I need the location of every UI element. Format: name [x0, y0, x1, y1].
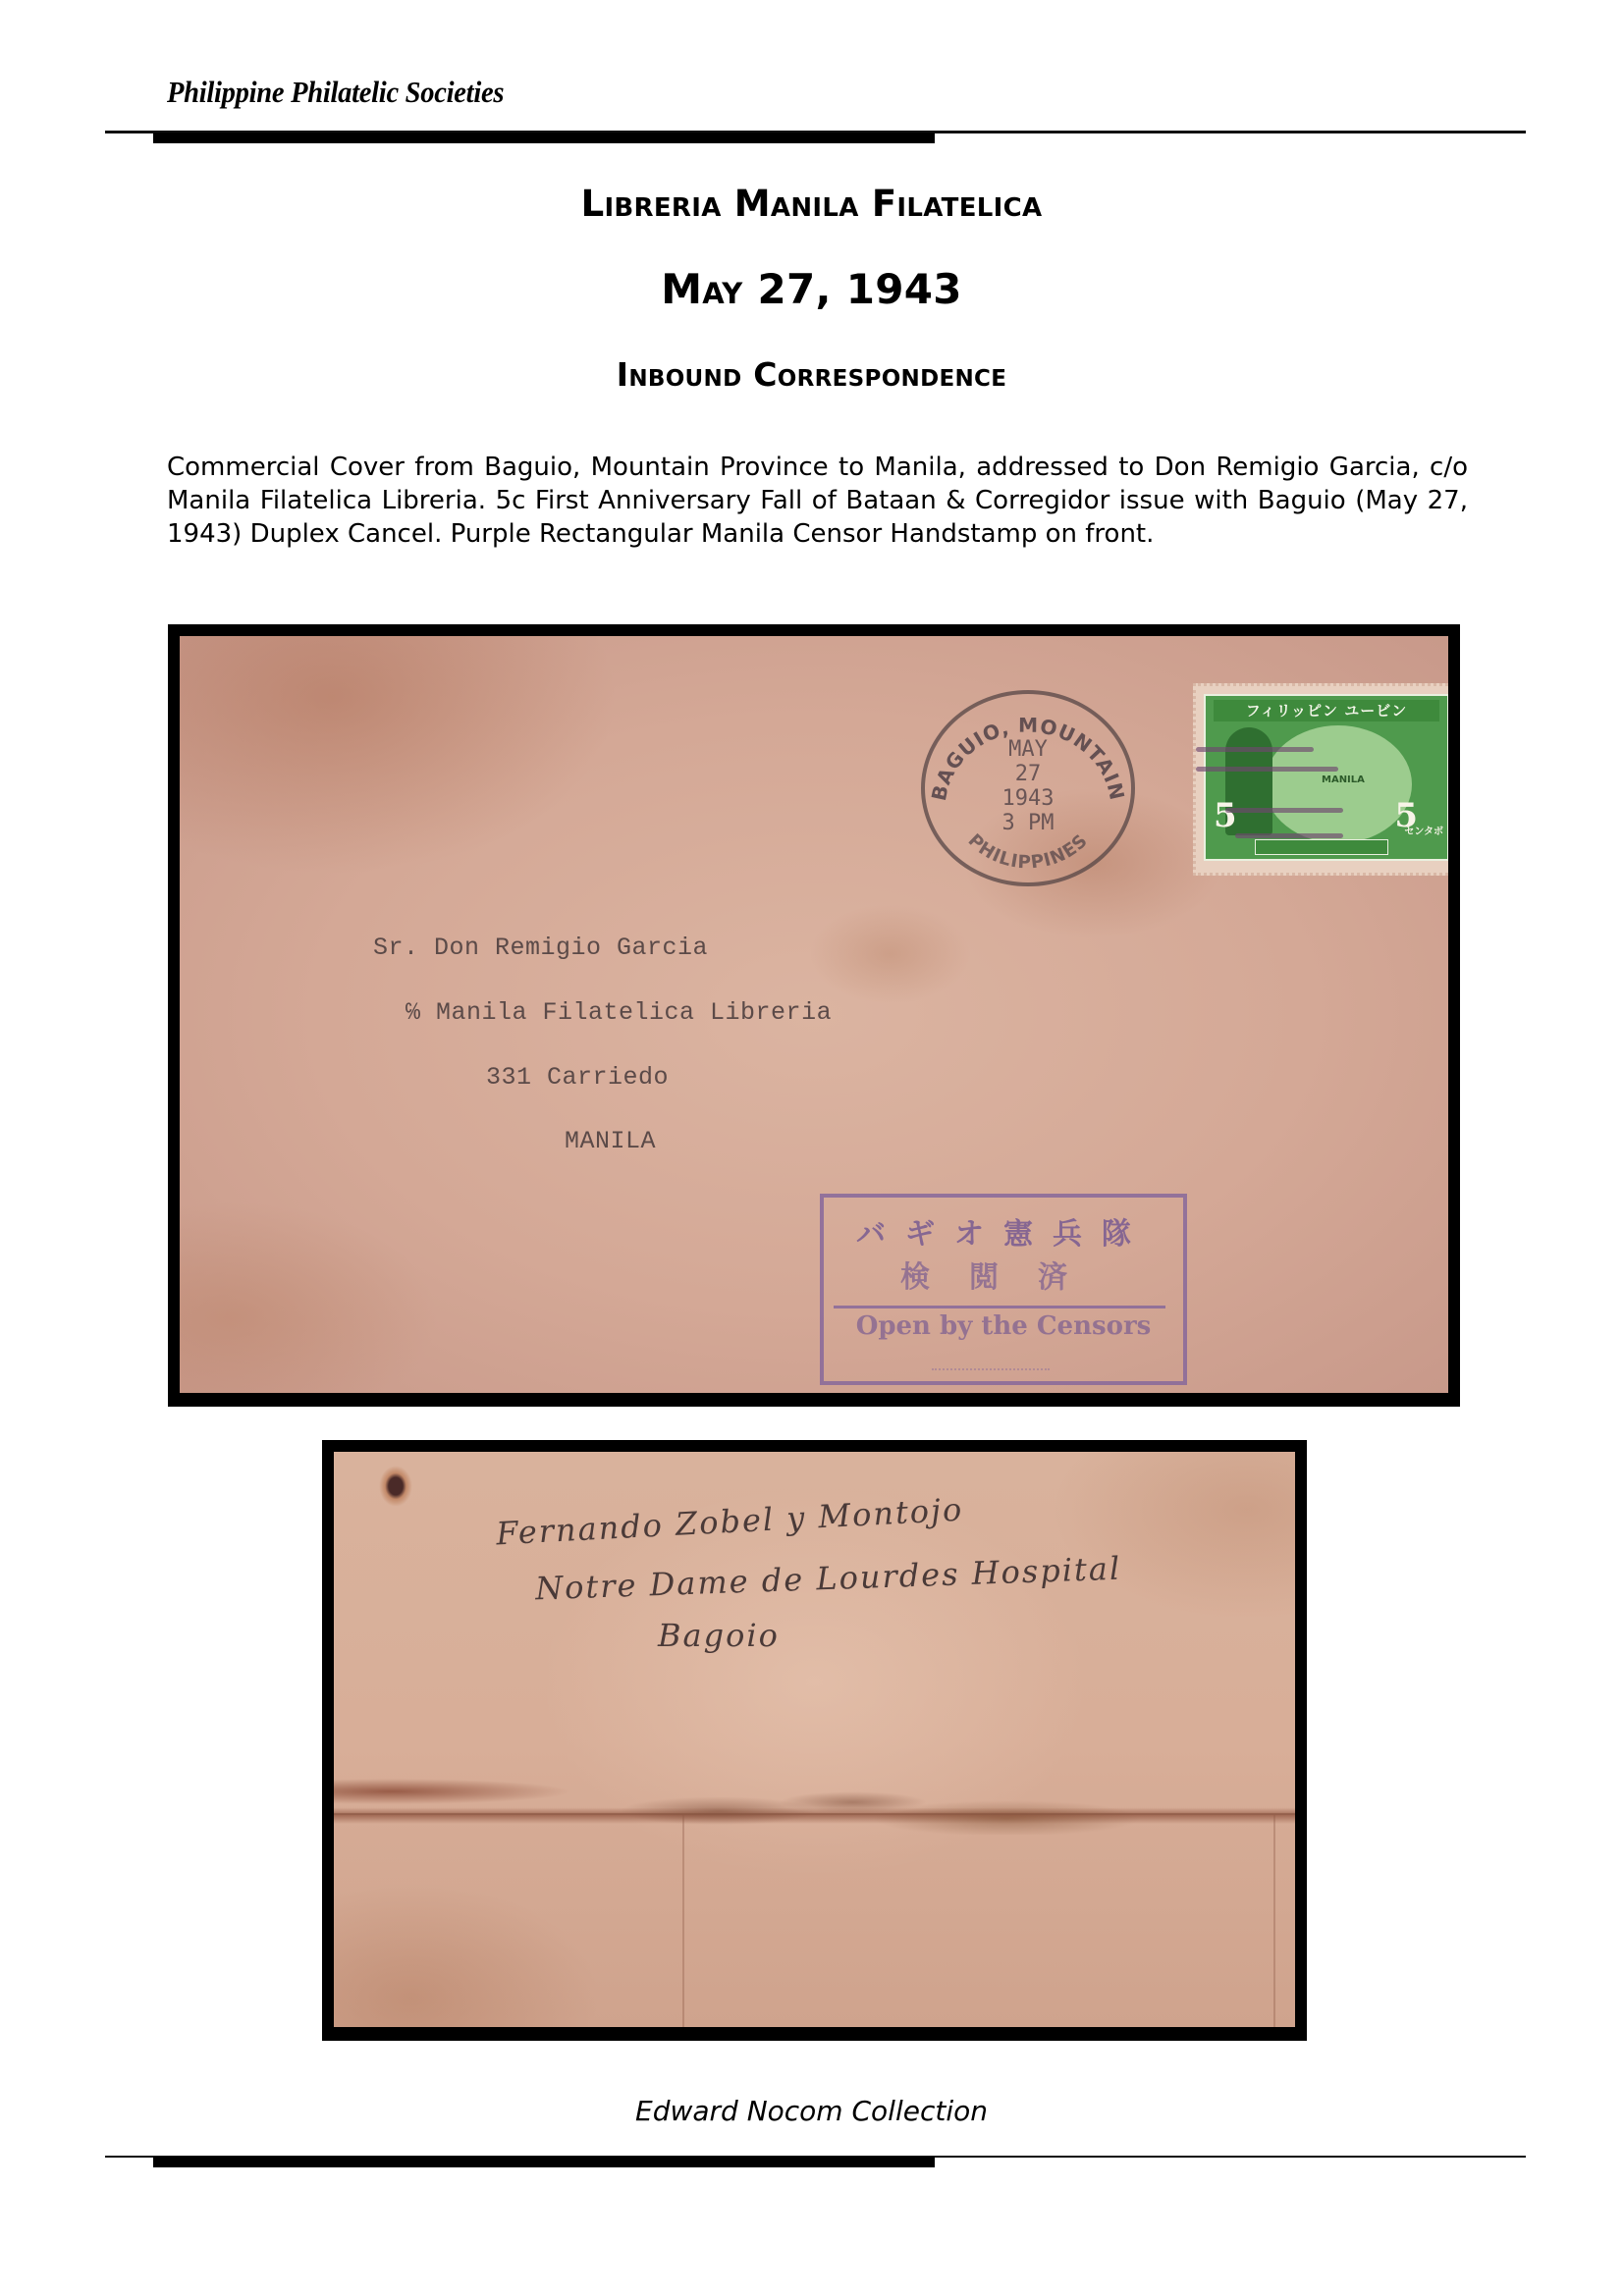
cancel-bar: [1235, 833, 1343, 838]
cancel-bar: [1196, 767, 1338, 772]
address-line-street: 331 Carriedo: [486, 1063, 669, 1092]
postmark-date: MAY 27 1943 3 PM: [925, 737, 1131, 835]
address-line-name: Sr. Don Remigio Garcia: [373, 934, 708, 962]
sender-hospital: Notre Dame de Lourdes Hospital: [535, 1550, 1122, 1608]
footer-rule-thick: [153, 2157, 935, 2167]
water-stain: [334, 1727, 1295, 1835]
postmark-year: 1943: [925, 786, 1131, 811]
postmark-month: MAY: [925, 737, 1131, 762]
stamp-map-label: MANILA: [1322, 774, 1365, 785]
address-line-care-of: ℅ Manila Filatelica Libreria: [406, 998, 832, 1027]
censor-divider: [834, 1306, 1165, 1308]
flap-seam: [1273, 1815, 1275, 2027]
envelope-front: BAGUIO, MOUNTAIN PHILIPPINES MAY 27 1943…: [180, 636, 1448, 1393]
stamp-currency: センタボ: [1404, 823, 1443, 837]
header-rule-thick: [153, 133, 935, 143]
address-line-city: MANILA: [565, 1127, 656, 1155]
ink-spot: [379, 1466, 412, 1507]
stamp-top-text: フィリッピン ユービン: [1214, 700, 1439, 721]
stamp-value-left: 5: [1214, 796, 1237, 835]
cover-description: Commercial Cover from Baguio, Mountain P…: [167, 451, 1468, 551]
flap-fold-line: [334, 1813, 1295, 1815]
flap-seam: [682, 1815, 684, 2027]
stamp-bottom-panel: [1255, 839, 1388, 855]
censor-examined-text: 検閲済: [824, 1253, 1183, 1296]
svg-text:PHILIPPINES: PHILIPPINES: [964, 830, 1093, 874]
collection-credit: Edward Nocom Collection: [0, 2095, 1623, 2127]
cancel-bar: [1196, 747, 1314, 752]
society-header: Philippine Philatelic Societies: [167, 75, 504, 110]
envelope-back: Fernando Zobel y Montojo Notre Dame de L…: [334, 1452, 1295, 2027]
page-subtitle: Inbound Correspondence: [0, 355, 1623, 394]
censor-english-text: Open by the Censors: [836, 1311, 1171, 1341]
sender-name: Fernando Zobel y Montojo: [495, 1491, 964, 1553]
postmark-time: 3 PM: [925, 811, 1131, 835]
censor-unit-text: バギオ憲兵隊: [824, 1209, 1183, 1253]
cancel-bar: [1225, 808, 1343, 813]
page-date: May 27, 1943: [0, 265, 1623, 313]
postage-stamp: フィリッピン ユービン MANILA 5 5 センタボ: [1193, 683, 1448, 876]
censor-faint-line: [932, 1351, 1050, 1370]
page-title: Libreria Manila Filatelica: [0, 183, 1623, 225]
duplex-postmark: BAGUIO, MOUNTAIN PHILIPPINES MAY 27 1943…: [921, 690, 1135, 886]
censor-handstamp: バギオ憲兵隊 検閲済 Open by the Censors: [820, 1194, 1187, 1385]
front-cover-image: BAGUIO, MOUNTAIN PHILIPPINES MAY 27 1943…: [168, 624, 1460, 1407]
postmark-day: 27: [925, 762, 1131, 786]
back-cover-image: Fernando Zobel y Montojo Notre Dame de L…: [322, 1440, 1307, 2041]
sender-city: Bagoio: [658, 1617, 780, 1654]
